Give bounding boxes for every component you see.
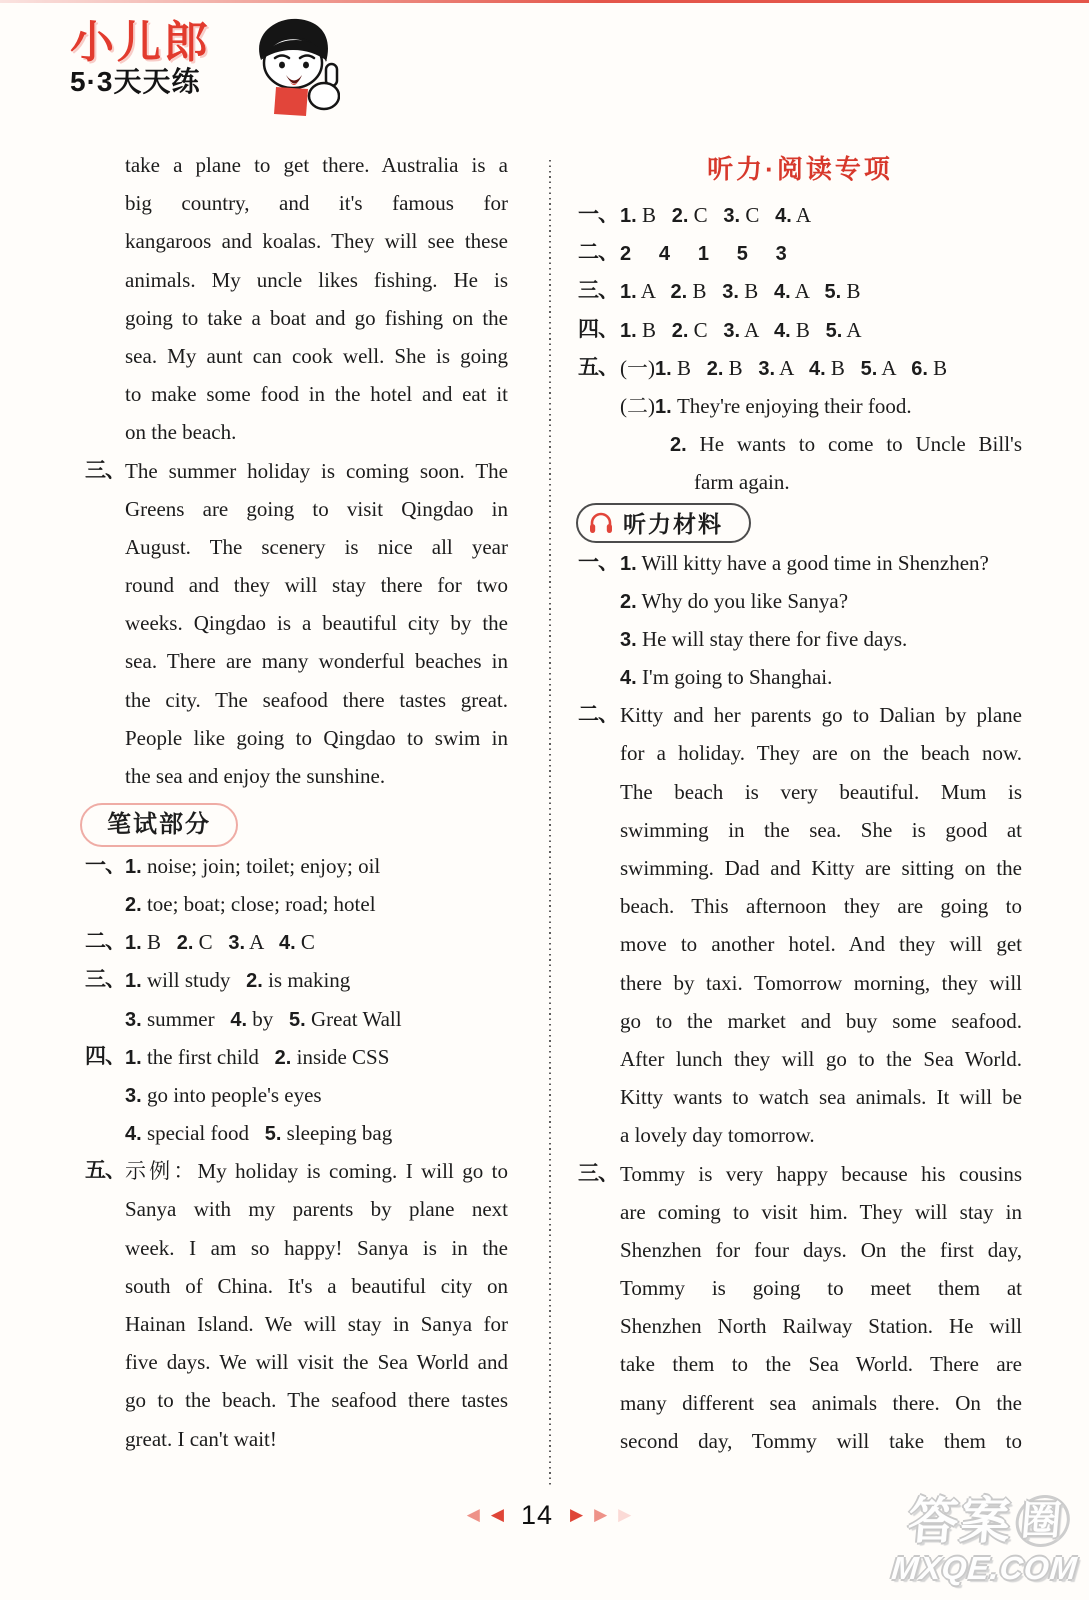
text-line: animals. My uncle likes fishing. He is [85, 261, 508, 299]
text-line: 五、示例：My holiday is coming. I will go to [85, 1152, 508, 1190]
next-page-icon[interactable]: ▶ [618, 1507, 631, 1524]
text-line: sea. There are many wonderful beaches in [85, 642, 508, 680]
boy-thumbs-up-icon [248, 14, 340, 118]
written-section-badge: 笔试部分 [80, 803, 238, 847]
text-line: swimming. Dad and Kitty are sitting on t… [578, 849, 1022, 887]
text-line: 二、2 4 1 5 3 [578, 234, 1022, 272]
text-line: 三、Tommy is very happy because his cousin… [578, 1155, 1022, 1193]
listening-material-badge: 听力材料 [576, 503, 751, 543]
watermark-site: MXQE.COM [883, 1548, 1086, 1588]
text-line: beach. This afternoon they are going to [578, 887, 1022, 925]
text-line: Shenzhen for four days. On the first day… [578, 1231, 1022, 1269]
brand-logo: 小儿郎 5·3天天练 [70, 20, 300, 98]
page-number: 14 [521, 1500, 553, 1531]
text-line: 3. go into people's eyes [85, 1076, 508, 1114]
text-line: take them to the Sea World. There are [578, 1345, 1022, 1383]
section-marker: 三、 [578, 1155, 618, 1193]
pagination: ◀ ◀ 14 ▶ ▶ ▶ [419, 1500, 679, 1531]
column-divider-dotted [549, 160, 551, 1486]
section-marker: 二、 [85, 923, 125, 961]
text-line: on the beach. [85, 413, 508, 451]
text-line: 3. summer 4. by 5. Great Wall [85, 1000, 508, 1038]
text-line: (二)1. They're enjoying their food. [578, 387, 1022, 425]
section-marker: 三、 [85, 452, 125, 490]
text-line: take a plane to get there. Australia is … [85, 146, 508, 184]
text-line: The beach is very beautiful. Mum is [578, 773, 1022, 811]
headphones-icon [588, 511, 614, 535]
text-line: the sea and enjoy the sunshine. [85, 757, 508, 795]
watermark-circled-char: 圈 [1013, 1495, 1072, 1547]
text-line: Greens are going to visit Qingdao in [85, 490, 508, 528]
section-marker: 五、 [578, 349, 618, 387]
left-column: take a plane to get there. Australia is … [85, 146, 508, 1458]
text-line: 五、(一)1. B 2. B 3. A 4. B 5. A 6. B [578, 349, 1022, 387]
section-title: 听力·阅读专项 [578, 146, 1022, 196]
text-line: south of China. It's a beautiful city on [85, 1267, 508, 1305]
text-line: go to the beach. The seafood there taste… [85, 1381, 508, 1419]
watermark: 答案圈 MXQE.COM [883, 1494, 1089, 1588]
text-line: a lovely day tomorrow. [578, 1116, 1022, 1154]
text-line: swimming in the sea. She is good at [578, 811, 1022, 849]
written-answers: 一、1. noise; join; toilet; enjoy; oil2. t… [85, 847, 508, 1458]
top-border-line [0, 0, 1089, 3]
text-line: 四、1. the first child 2. inside CSS [85, 1038, 508, 1076]
text-line: for a holiday. They are on the beach now… [578, 734, 1022, 772]
text-line: 一、1. noise; join; toilet; enjoy; oil [85, 847, 508, 885]
text-line: People like going to Qingdao to swim in [85, 719, 508, 757]
text-line: great. I can't wait! [85, 1420, 508, 1458]
text-line: 4. I'm going to Shanghai. [578, 658, 1022, 696]
right-column: 听力·阅读专项 一、1. B 2. C 3. C 4. A二、2 4 1 5 3… [578, 146, 1022, 1460]
text-line: 三、1. A 2. B 3. B 4. A 5. B [578, 272, 1022, 310]
prev-page-icon[interactable]: ◀ [467, 1507, 480, 1524]
prev-page-icon[interactable]: ◀ [491, 1507, 504, 1524]
section-marker: 四、 [578, 311, 618, 349]
text-line: 四、1. B 2. C 3. A 4. B 5. A [578, 311, 1022, 349]
text-line: Sanya with my parents by plane next [85, 1190, 508, 1228]
text-line: farm again. [578, 463, 1022, 501]
text-line: move to another hotel. And they will get [578, 925, 1022, 963]
text-line: are coming to visit him. They will stay … [578, 1193, 1022, 1231]
text-line: 2. Why do you like Sanya? [578, 582, 1022, 620]
text-line: many different sea animals there. On the [578, 1384, 1022, 1422]
text-line: August. The scenery is nice all year [85, 528, 508, 566]
text-line: Hainan Island. We will stay in Sanya for [85, 1305, 508, 1343]
written-section-label: 笔试部分 [107, 811, 211, 838]
text-line: Kitty wants to watch sea animals. It wil… [578, 1078, 1022, 1116]
listening-material-label: 听力材料 [623, 506, 723, 539]
text-line: five days. We will visit the Sea World a… [85, 1343, 508, 1381]
workbook-answer-page: 小儿郎 5·3天天练 take a plane to get there. Au… [0, 0, 1089, 1600]
watermark-text: 答案 [906, 1493, 1015, 1549]
text-line: 2. He wants to come to Uncle Bill's [578, 425, 1022, 463]
section-marker: 二、 [578, 234, 618, 272]
text-line: 二、Kitty and her parents go to Dalian by … [578, 696, 1022, 734]
next-page-icon[interactable]: ▶ [570, 1507, 583, 1524]
text-line: 2. toe; boat; close; road; hotel [85, 885, 508, 923]
text-line: 3. He will stay there for five days. [578, 620, 1022, 658]
section-marker: 三、 [85, 961, 125, 999]
listening-scripts: 一、1. Will kitty have a good time in Shen… [578, 544, 1022, 1461]
text-line: After lunch they will go to the Sea Worl… [578, 1040, 1022, 1078]
text-line: going to take a boat and go fishing on t… [85, 299, 508, 337]
text-line: 一、1. Will kitty have a good time in Shen… [578, 544, 1022, 582]
text-line: 一、1. B 2. C 3. C 4. A [578, 196, 1022, 234]
watermark-logo: 答案圈 [886, 1494, 1089, 1548]
section-marker: 一、 [85, 847, 125, 885]
text-line: week. I am so happy! Sanya is in the [85, 1229, 508, 1267]
text-line: Shenzhen North Railway Station. He will [578, 1307, 1022, 1345]
text-line: second day, Tommy will take them to [578, 1422, 1022, 1460]
listening-reading-answers: 一、1. B 2. C 3. C 4. A二、2 4 1 5 3三、1. A 2… [578, 196, 1022, 502]
text-line: to make some food in the hotel and eat i… [85, 375, 508, 413]
section-marker: 五、 [85, 1152, 125, 1190]
text-line: 4. special food 5. sleeping bag [85, 1114, 508, 1152]
reading-passage-answers: take a plane to get there. Australia is … [85, 146, 508, 795]
text-line: big country, and it's famous for [85, 184, 508, 222]
text-line: weeks. Qingdao is a beautiful city by th… [85, 604, 508, 642]
section-marker: 二、 [578, 696, 618, 734]
section-marker: 一、 [578, 544, 618, 582]
text-line: sea. My aunt can cook well. She is going [85, 337, 508, 375]
text-line: the city. The seafood there tastes great… [85, 681, 508, 719]
text-line: 三、1. will study 2. is making [85, 961, 508, 999]
text-line: go to the market and buy some seafood. [578, 1002, 1022, 1040]
next-page-icon[interactable]: ▶ [594, 1507, 607, 1524]
text-line: 二、1. B 2. C 3. A 4. C [85, 923, 508, 961]
section-marker: 一、 [578, 196, 618, 234]
text-line: 三、The summer holiday is coming soon. The [85, 452, 508, 490]
text-line: kangaroos and koalas. They will see thes… [85, 222, 508, 260]
text-line: there by taxi. Tomorrow morning, they wi… [578, 964, 1022, 1002]
section-marker: 三、 [578, 272, 618, 310]
text-line: round and they will stay there for two [85, 566, 508, 604]
section-marker: 四、 [85, 1038, 125, 1076]
text-line: Tommy is going to meet them at [578, 1269, 1022, 1307]
